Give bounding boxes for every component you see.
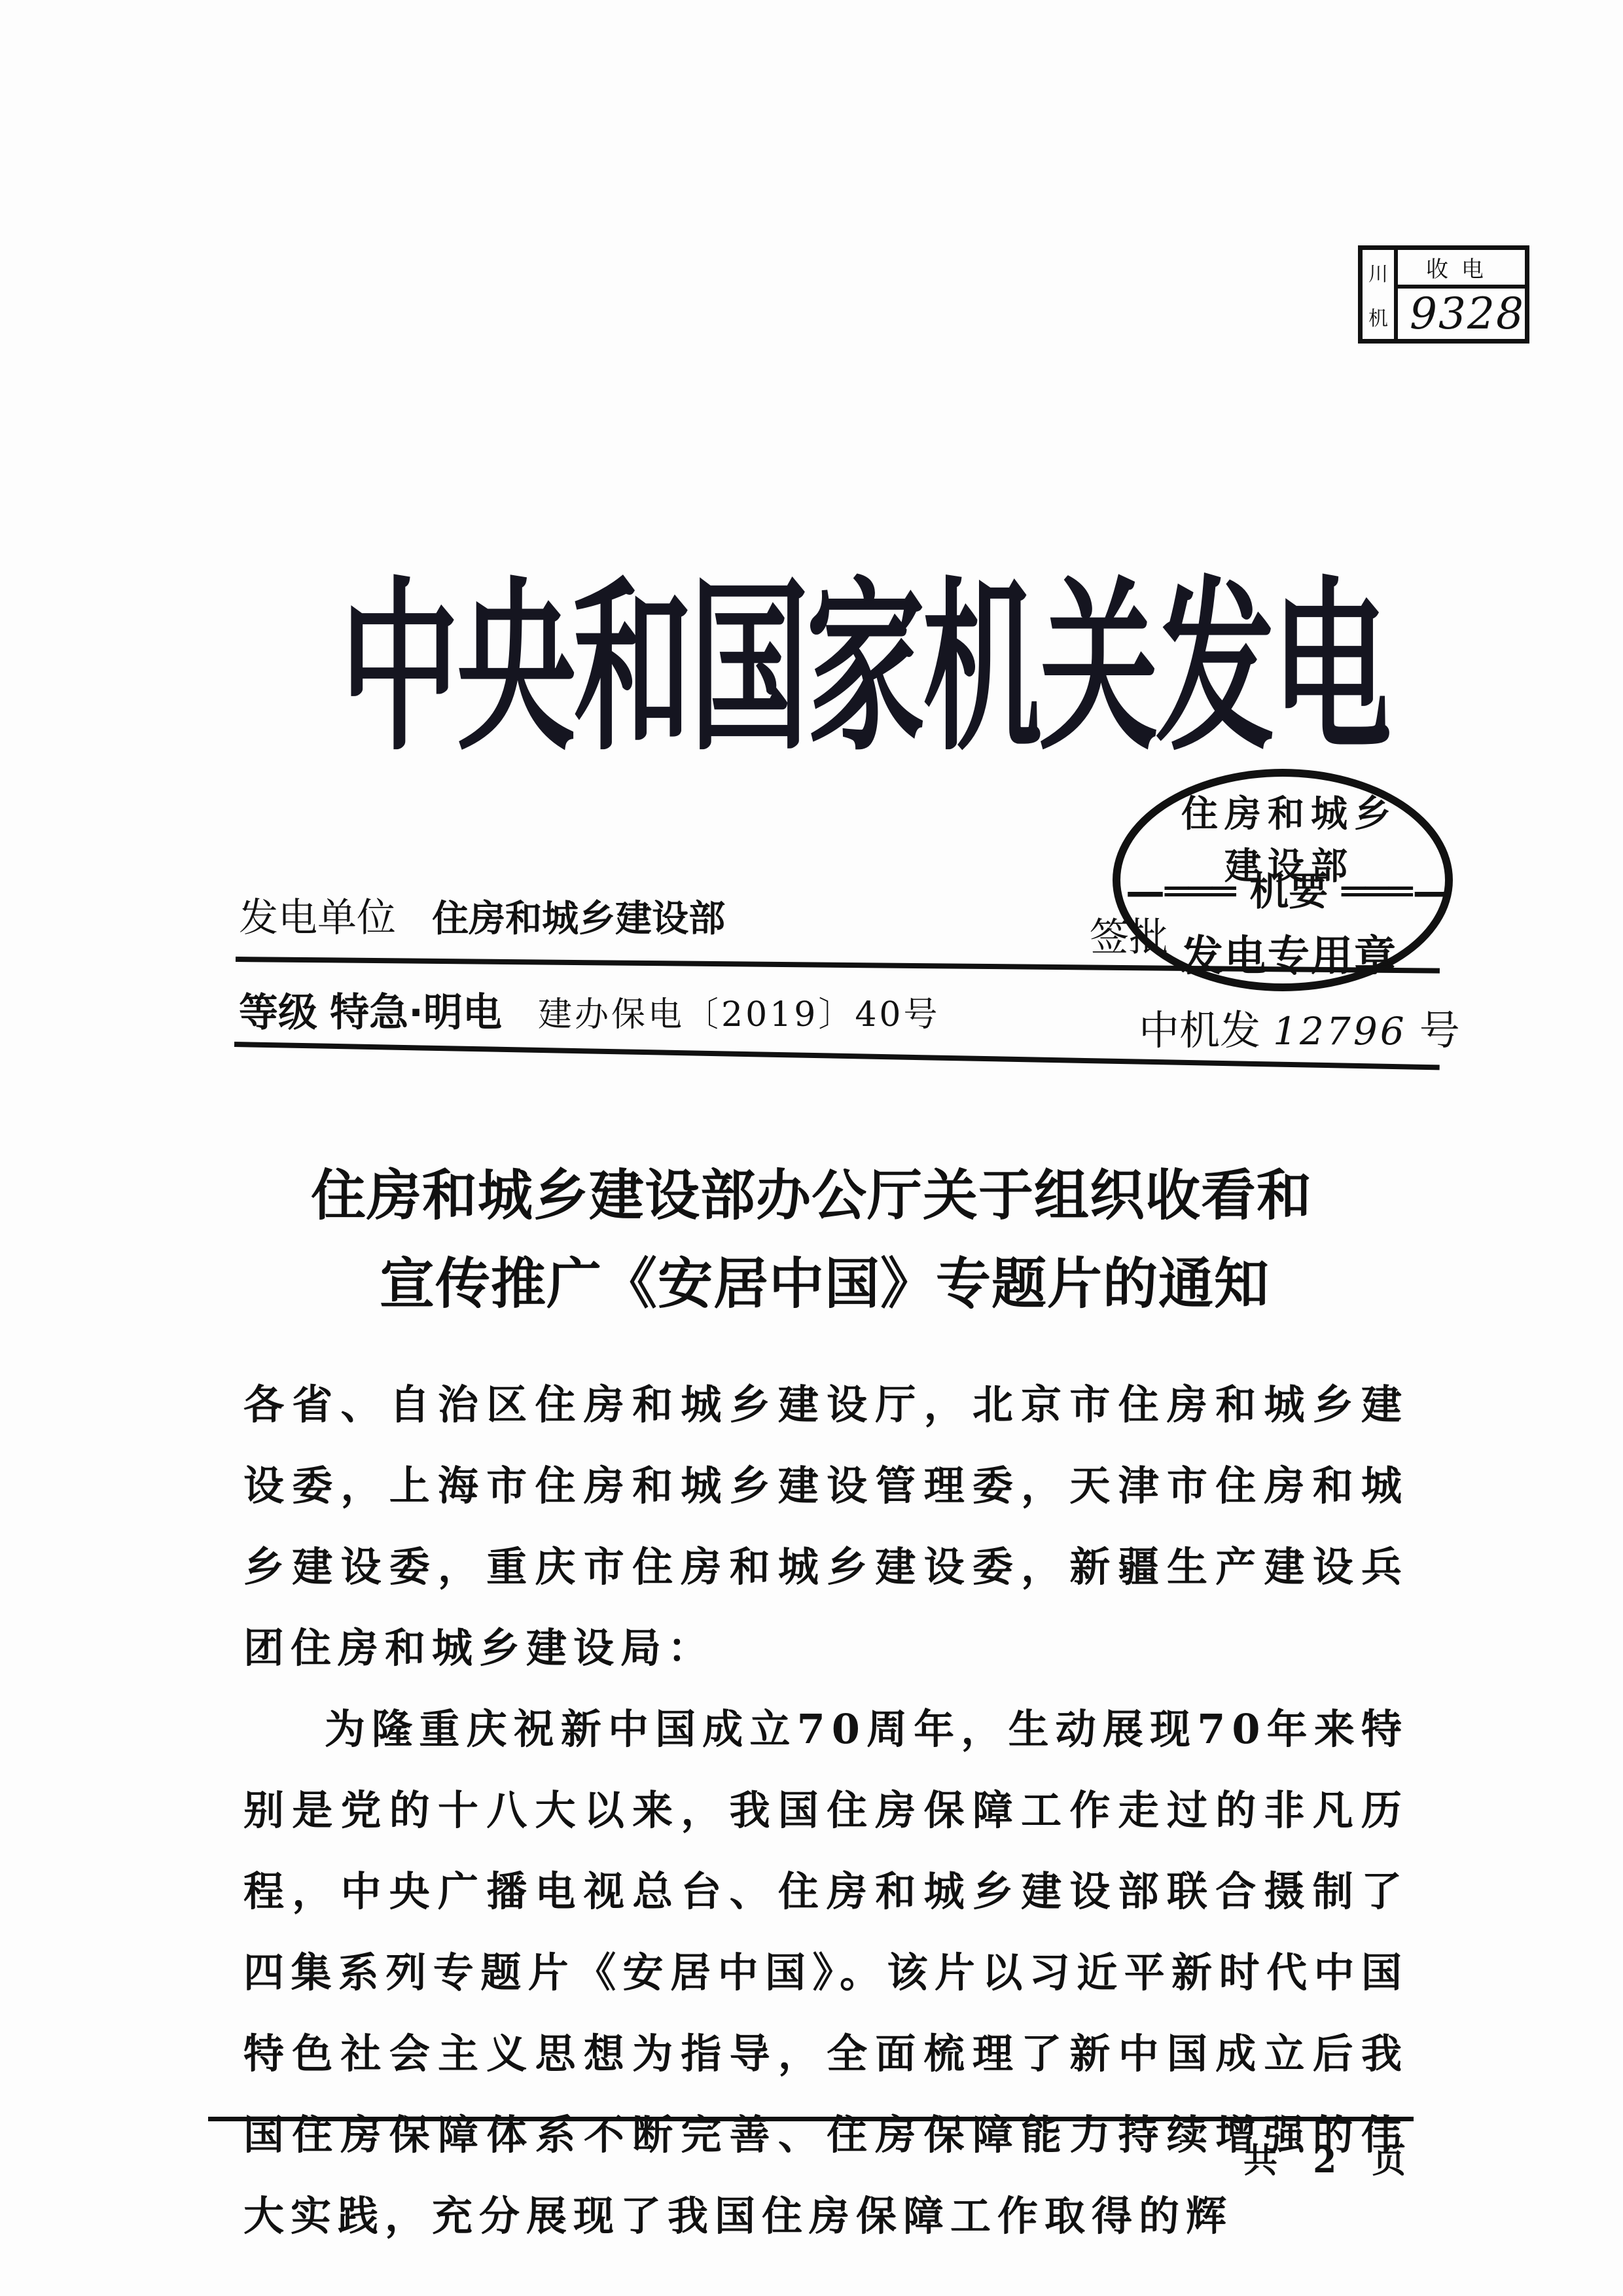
- central-number-prefix: 中机发: [1139, 1006, 1260, 1054]
- receipt-stamp-header: 收电: [1398, 250, 1525, 289]
- page-count: 共 2 页: [1243, 2133, 1418, 2182]
- document-number: 建办保电〔2019〕40号: [538, 995, 940, 1034]
- central-number-suffix: 号: [1419, 1006, 1460, 1054]
- sender-row: 发电单位 住房和城乡建设部: [239, 887, 725, 943]
- grade-value: 特急·明电: [330, 990, 502, 1036]
- sender-label: 发电单位: [239, 895, 396, 941]
- grade-label: 等级: [239, 990, 317, 1036]
- receipt-stamp-right: 收电 9328: [1398, 250, 1525, 339]
- addressees: 各省、自治区住房和城乡建设厅，北京市住房和城乡建设委，上海市住房和城乡建设管理委…: [243, 1364, 1408, 1689]
- notice-body: 各省、自治区住房和城乡建设厅，北京市住房和城乡建设委，上海市住房和城乡建设管理委…: [243, 1364, 1408, 2257]
- masthead-title: 中央和国家机关发电: [340, 576, 1400, 760]
- notice-title-line2: 宣传推广《安居中国》专题片的通知: [0, 1240, 1623, 1319]
- receipt-stamp-number: 9328: [1398, 289, 1525, 339]
- seal-middle-text: —═══ 机要 ═══—: [1126, 860, 1440, 917]
- receipt-stamp-char: 机: [1368, 302, 1388, 331]
- seal-middle-label: 机要: [1249, 869, 1328, 915]
- central-number-row: 中机发 12796 号: [1139, 998, 1460, 1056]
- central-number: 12796: [1273, 1009, 1407, 1053]
- page-bottom-divider: [208, 2117, 1414, 2121]
- seal-bottom-text: 发电专用章: [1178, 923, 1400, 983]
- sender-value: 住房和城乡建设部: [432, 898, 725, 940]
- grade-row: 等级 特急·明电 建办保电〔2019〕40号: [239, 981, 940, 1038]
- receipt-stamp-box: 川 机 收电 9328: [1358, 245, 1529, 344]
- receipt-stamp-left: 川 机: [1363, 250, 1398, 339]
- notice-title-line1: 住房和城乡建设部办公厅关于组织收看和: [0, 1152, 1623, 1231]
- receipt-stamp-char: 川: [1368, 258, 1388, 287]
- body-paragraph-1: 为隆重庆祝新中国成立70周年，生动展现70年来特别是党的十八大以来，我国住房保障…: [243, 1689, 1408, 2257]
